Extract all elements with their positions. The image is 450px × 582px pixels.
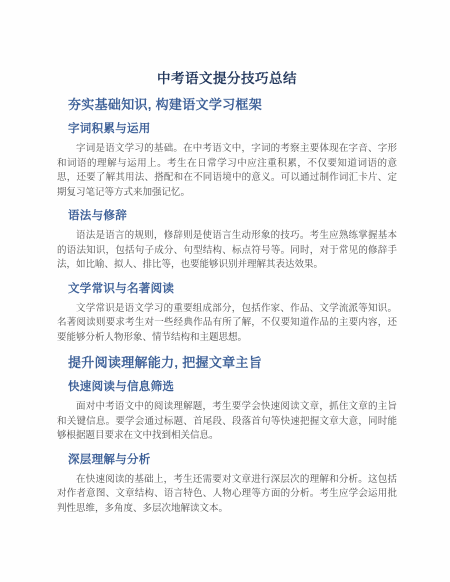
subsection-heading-fast-reading: 快速阅读与信息筛选	[68, 380, 397, 394]
document-title: 中考语文提分技巧总结	[57, 70, 397, 87]
subsection-heading-vocabulary: 字词积累与运用	[68, 122, 397, 136]
section-heading-foundation: 夯实基础知识, 构建语文学习框架	[68, 97, 397, 113]
document-page: 中考语文提分技巧总结 夯实基础知识, 构建语文学习框架 字词积累与运用 字词是语…	[0, 0, 450, 582]
section-heading-reading: 提升阅读理解能力, 把握文章主旨	[68, 355, 397, 371]
section-reading: 提升阅读理解能力, 把握文章主旨 快速阅读与信息筛选 面对中考语文中的阅读理解题…	[57, 355, 397, 516]
paragraph-literature: 文学常识是语文学习的重要组成部分，包括作家、作品、文学流派等知识。名著阅读则要求…	[57, 302, 397, 346]
subsection-heading-grammar: 语法与修辞	[68, 209, 397, 223]
subsection-heading-literature: 文学常识与名著阅读	[68, 282, 397, 296]
paragraph-vocabulary: 字词是语文学习的基础。在中考语文中，字词的考察主要体现在字音、字形和词语的理解与…	[57, 142, 397, 200]
paragraph-fast-reading: 面对中考语文中的阅读理解题，考生要学会快速阅读文章，抓住文章的主旨和关键信息。要…	[57, 400, 397, 444]
subsection-heading-deep-analysis: 深层理解与分析	[68, 453, 397, 467]
section-foundation: 夯实基础知识, 构建语文学习框架 字词积累与运用 字词是语文学习的基础。在中考语…	[57, 97, 397, 345]
paragraph-grammar: 语法是语言的规则，修辞则是使语言生动形象的技巧。考生应熟练掌握基本的语法知识，包…	[57, 229, 397, 273]
paragraph-deep-analysis: 在快速阅读的基础上，考生还需要对文章进行深层次的理解和分析。这包括对作者意图、文…	[57, 473, 397, 517]
